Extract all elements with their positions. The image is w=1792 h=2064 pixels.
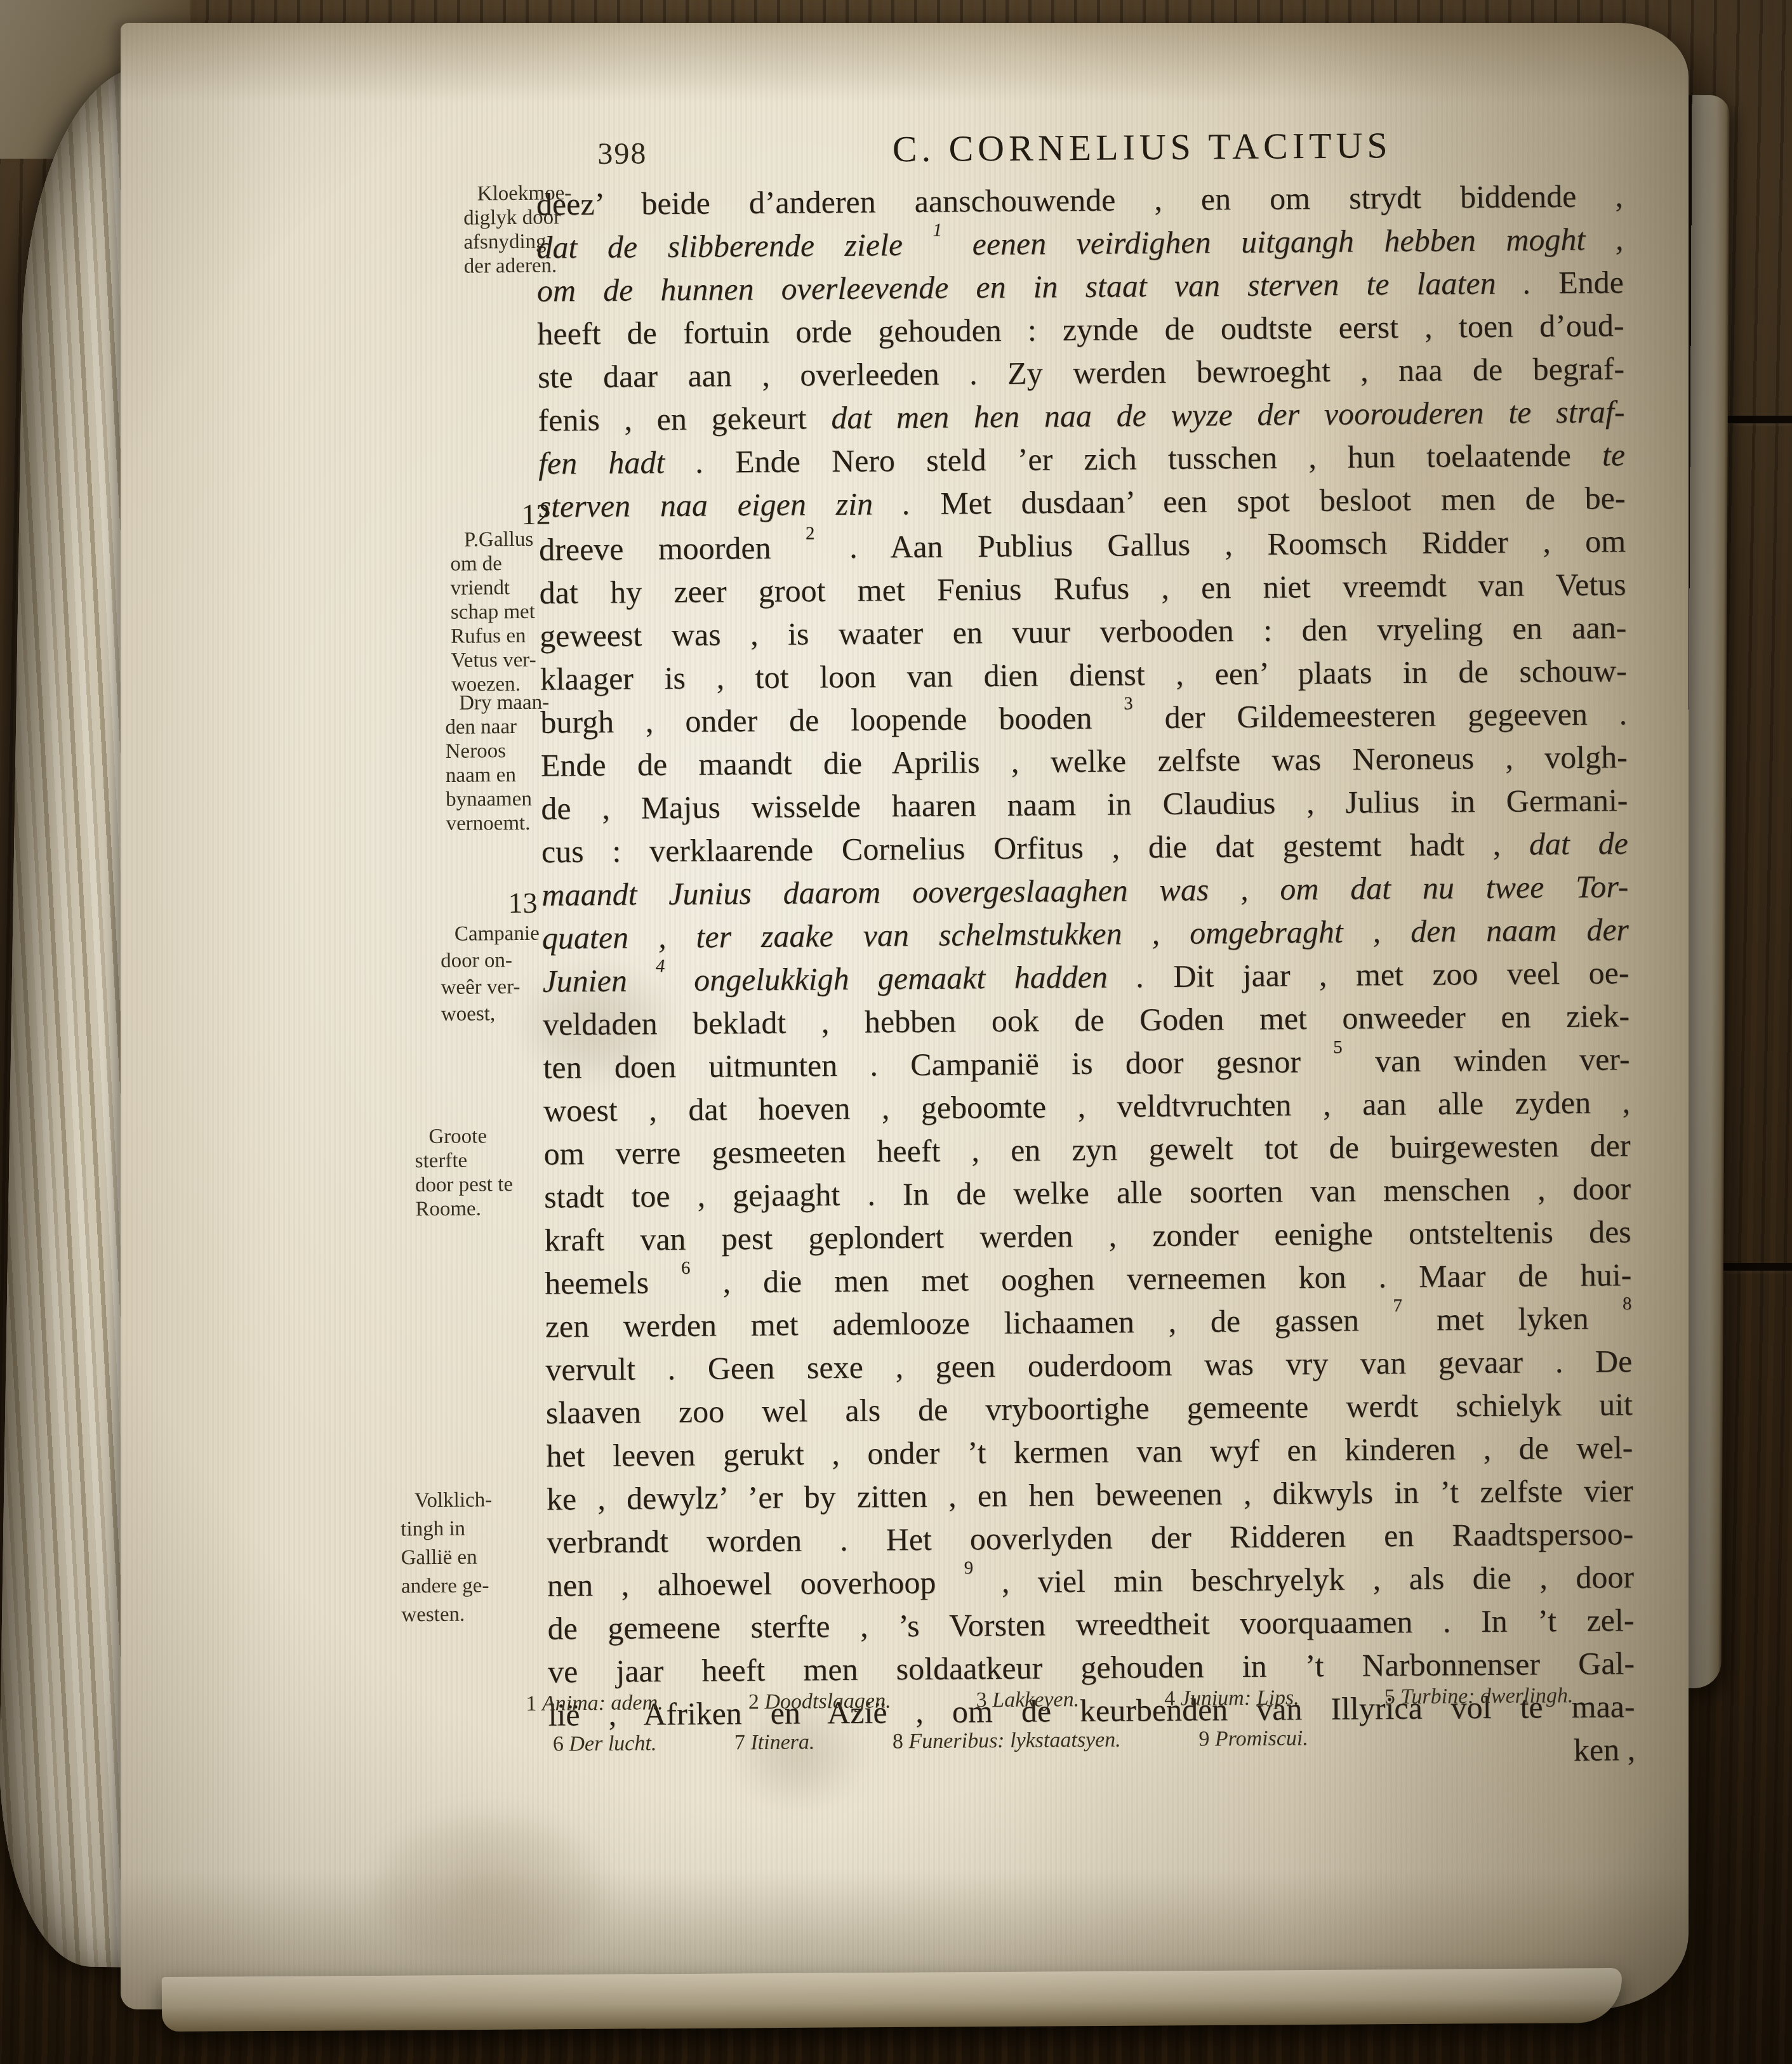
- text-segment: om de hunnen overleevende en in staat va…: [537, 265, 1532, 308]
- text-segment: maandt Junius daarom oovergeslaaghen was…: [541, 868, 1628, 912]
- text-segment: ongelukkigh gemaakt hadden .: [665, 958, 1145, 998]
- footnote-item: 6 Der lucht.: [553, 1731, 657, 1756]
- text-segment: cus : verklaarende Cornelius Orfitus , d…: [541, 826, 1530, 869]
- footnote-item: 2 Doodtslaagen.: [748, 1689, 891, 1714]
- text-segment: fenis , en gekeurt: [538, 400, 831, 438]
- text-segment: dat hy zeer groot met Fenius Rufus , en …: [539, 566, 1626, 610]
- text-segment: burgh , onder de loopende booden: [540, 699, 1124, 739]
- margin-note-line: Gallië en: [401, 1543, 556, 1573]
- text-segment: te: [1602, 437, 1626, 472]
- footnote-item: 4 Junium: Lips.: [1164, 1686, 1299, 1711]
- footnote-item: 7 Itinera.: [734, 1730, 815, 1755]
- text-segment: verbrandt worden . Het ooverlyden der Ri…: [547, 1516, 1633, 1559]
- text-segment: eenen veirdighen uitgangh hebben moght ,: [942, 221, 1624, 261]
- footnote-item: 5 Turbine: dwerlingh.: [1384, 1684, 1574, 1709]
- text-segment: kraft van pest geplondert werden , zonde…: [544, 1214, 1631, 1257]
- text-segment: ve jaar heeft men soldaatkeur gehouden i…: [548, 1645, 1635, 1689]
- text-segment: 2: [806, 529, 815, 565]
- text-segment: 5: [1333, 1043, 1343, 1079]
- photo-background-wood-table: 398 C. CORNELIUS TACITUS Kloekmoe-diglyk…: [0, 0, 1792, 2064]
- margin-note-volklichtingh: Volklich-tingh inGallië enandere ge-west…: [401, 1486, 557, 1630]
- text-segment: de gemeene sterfte , ’s Vorsten wreedthe…: [547, 1602, 1634, 1646]
- running-title: C. CORNELIUS TACITUS: [774, 123, 1510, 171]
- text-segment: 1: [933, 227, 942, 262]
- text-segment: 7: [1393, 1302, 1402, 1337]
- text-segment: , die men met ooghen verneemen kon . Maa…: [690, 1257, 1631, 1300]
- text-segment: quaten , ter zaake van schelmstukken , o…: [542, 911, 1629, 955]
- text-segment: ste daar aan , overleeden . Zy werden be…: [538, 350, 1624, 394]
- text-segment: der Gildemeesteren gegeeven .: [1133, 696, 1628, 735]
- text-segment: dat de: [1529, 825, 1628, 861]
- text-segment: ke , dewylz’ ’er by zitten , en hen bewe…: [547, 1472, 1633, 1516]
- text-segment: stadt toe , gejaaght . In de welke alle …: [544, 1170, 1631, 1214]
- text-segment: klaager is , tot loon van dien dienst , …: [540, 652, 1627, 696]
- text-segment: dat men hen naa de wyze der voorouderen …: [831, 394, 1625, 435]
- margin-note-line: andere ge-: [401, 1571, 557, 1601]
- footnote-item: 9 Promiscui.: [1198, 1726, 1308, 1751]
- text-segment: nen , alhoewel ooverhoop: [547, 1564, 964, 1603]
- text-segment: het leeven gerukt , onder ’t kermen van …: [546, 1429, 1633, 1473]
- text-segment: zen werden met ademlooze lichaamen , de …: [545, 1302, 1393, 1344]
- text-segment: 8: [1623, 1300, 1632, 1335]
- page-number: 398: [597, 136, 647, 171]
- text-segment: heeft de fortuin orde gehouden : zynde d…: [537, 307, 1624, 351]
- text-segment: Ende Nero steld ’er zich tusschen , hun …: [704, 437, 1602, 480]
- text-segment: Ende de maandt die Aprilis , welke zelfs…: [541, 739, 1628, 783]
- text-segment: dat de slibberende ziele: [536, 227, 933, 265]
- text-segment: veldaden bekladt , hebben ook de Goden m…: [543, 998, 1629, 1042]
- text-segment: deez’ beide d’anderen aanschouwende , en…: [536, 178, 1623, 222]
- margin-note-line: Volklich-: [415, 1486, 556, 1516]
- margin-note-line: tingh in: [401, 1514, 556, 1544]
- text-segment: 4: [656, 962, 665, 998]
- text-segment: om verre gesmeeten heeft , en zyn gewelt…: [543, 1127, 1630, 1171]
- text-segment: 9: [964, 1564, 974, 1599]
- text-segment: 6: [681, 1264, 691, 1300]
- text-segment: Junien: [542, 962, 656, 998]
- text-segment: vervult . Geen sexe , geen ouderdoom was…: [545, 1343, 1632, 1387]
- text-segment: van winden ver-: [1343, 1041, 1630, 1079]
- footnote-item: 8 Funeribus: lykstaatsyen.: [893, 1728, 1121, 1754]
- page-content: 398 C. CORNELIUS TACITUS Kloekmoe-diglyk…: [119, 13, 1703, 2012]
- text-segment: sterven naa eigen zin .: [538, 486, 910, 524]
- text-segment: ken ,: [1574, 1731, 1636, 1768]
- body-text: deez’ beide d’anderen aanschouwende , en…: [536, 174, 1636, 1779]
- text-segment: dreeve moorden: [539, 529, 806, 567]
- text-segment: 3: [1124, 699, 1133, 735]
- text-segment: de , Majus wisselde haaren naam in Claud…: [541, 782, 1628, 826]
- text-segment: ten doen uitmunten . Campanië is door ge…: [543, 1043, 1333, 1085]
- text-segment: geweest was , is waater en vuur verboode…: [540, 609, 1626, 653]
- text-segment: . Aan Publius Gallus , Roomsch Ridder , …: [814, 523, 1626, 565]
- text-segment: , viel min beschryelyk , als die , door: [973, 1559, 1634, 1599]
- footnote-item: 1 Anima: adem.: [526, 1691, 663, 1716]
- text-segment: met lyken: [1402, 1300, 1623, 1337]
- text-segment: Ende: [1531, 264, 1624, 300]
- margin-note-line: westen.: [401, 1600, 557, 1630]
- text-segment: Met dusdaan’ een spot besloot men de be-: [910, 480, 1626, 521]
- section-number-13: 13: [508, 886, 537, 920]
- text-segment: woest , dat hoeven , geboomte , veldtvru…: [543, 1084, 1630, 1128]
- text-segment: fen hadt .: [538, 444, 704, 481]
- footnote-item: 3 Lakkeyen.: [976, 1688, 1080, 1712]
- text-segment: slaaven zoo wel als de vryboortighe geme…: [546, 1386, 1633, 1430]
- text-segment: Dit jaar , met zoo veel oe-: [1145, 955, 1629, 994]
- text-segment: heemels: [545, 1264, 681, 1301]
